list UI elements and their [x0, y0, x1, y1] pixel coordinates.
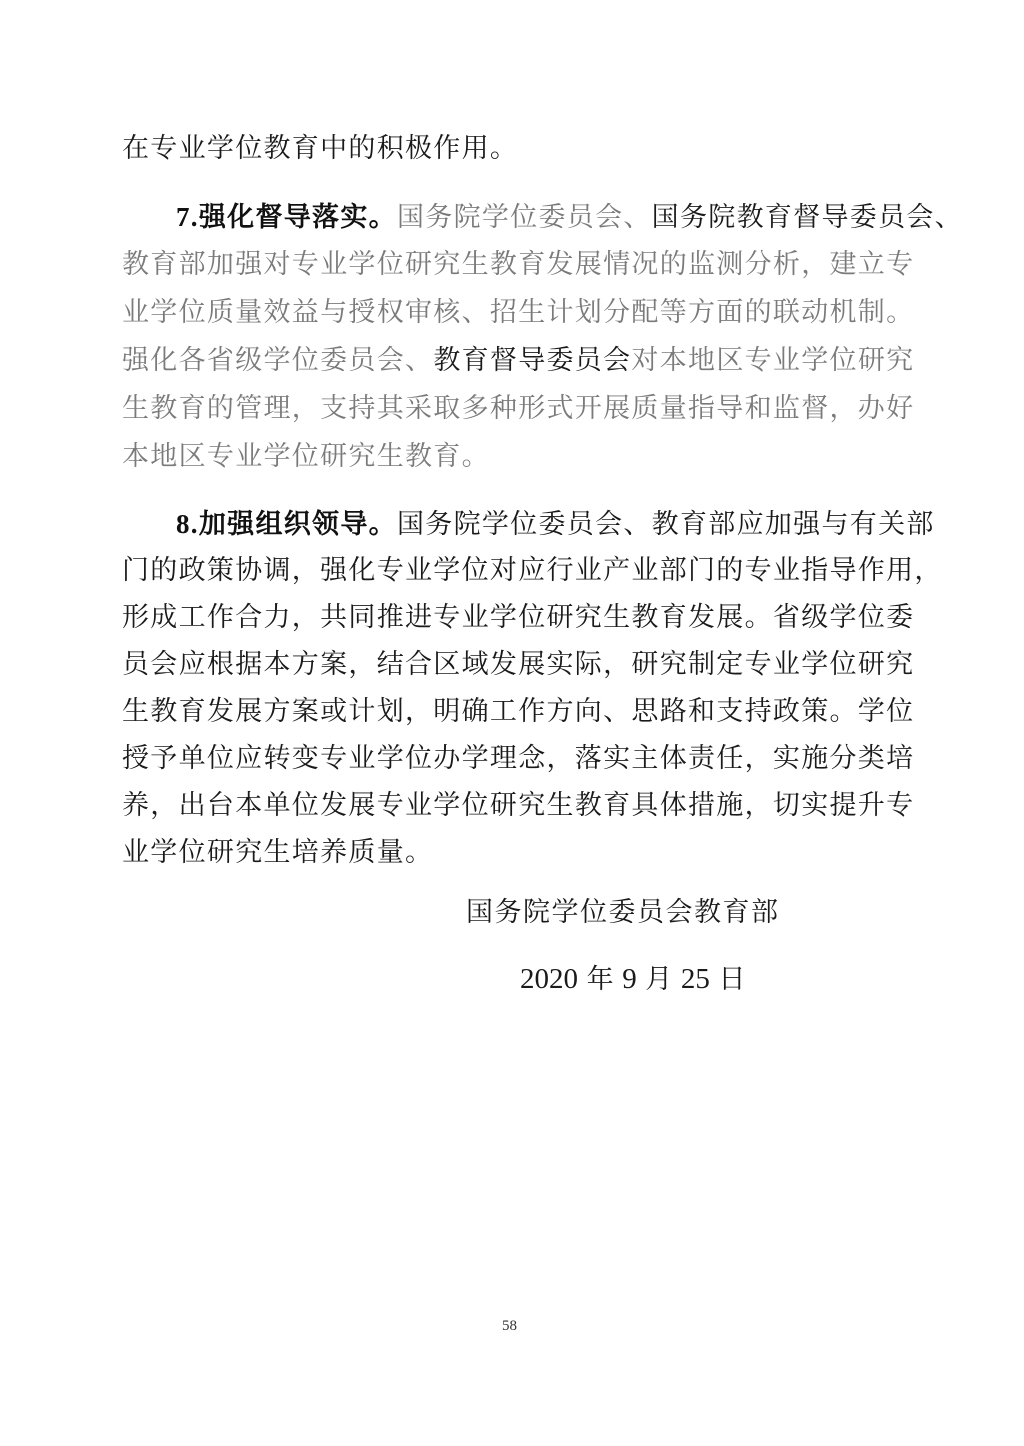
- section-7-number: 7.: [176, 202, 199, 232]
- section-7-line: 业学位质量效益与授权审核、招生计划分配等方面的联动机制。: [122, 289, 914, 337]
- section-8-heading: 加强组织领导。: [199, 509, 397, 540]
- section-8-line: 门的政策协调，强化专业学位对应行业产业部门的专业指导作用，: [122, 547, 943, 595]
- page-number: 58: [502, 1318, 517, 1335]
- section-8-number: 8.: [176, 509, 199, 539]
- section-8-first-line: 8.加强组织领导。国务院学位委员会、教育部应加强与有关部: [176, 500, 935, 549]
- section-8-line: 生教育发展方案或计划，明确工作方向、思路和支持政策。学位: [122, 688, 914, 736]
- section-7-text: 强化各省级学位委员会、: [122, 345, 433, 376]
- section-7-text: 国务院教育督导委员会、: [652, 202, 963, 233]
- section-8-text: 国务院学位委员会、教育部应加强与有关部: [397, 509, 935, 540]
- section-7-line: 生教育的管理，支持其采取多种形式开展质量指导和监督，办好: [122, 385, 914, 433]
- date-day: 25: [681, 963, 710, 995]
- section-7-first-line: 7.强化督导落实。国务院学位委员会、国务院教育督导委员会、: [176, 193, 963, 242]
- date-day-unit: 日: [718, 964, 745, 995]
- date: 2020 年 9 月 25 日: [520, 955, 745, 1004]
- date-month: 9: [622, 963, 637, 995]
- section-7-text: 教育督导委员会: [433, 345, 631, 376]
- section-7-line: 本地区专业学位研究生教育。: [122, 433, 490, 481]
- signature: 国务院学位委员会教育部: [466, 889, 780, 937]
- date-year-unit: 年: [587, 964, 614, 995]
- section-8-line: 养，出台本单位发展专业学位研究生教育具体措施，切实提升专: [122, 782, 914, 830]
- section-8-line: 业学位研究生培养质量。: [122, 829, 433, 877]
- section-7-line: 强化各省级学位委员会、教育督导委员会对本地区专业学位研究: [122, 337, 914, 385]
- section-8-line: 授予单位应转变专业学位办学理念，落实主体责任，实施分类培: [122, 735, 914, 783]
- document-page: 在专业学位教育中的积极作用。 7.强化督导落实。国务院学位委员会、国务院教育督导…: [0, 0, 1024, 1446]
- section-8-line: 形成工作合力，共同推进专业学位研究生教育发展。省级学位委: [122, 594, 914, 642]
- section-7-heading: 强化督导落实。: [199, 202, 397, 233]
- section-7-text: 对本地区专业学位研究: [631, 345, 914, 376]
- section-8-line: 员会应根据本方案，结合区域发展实际，研究制定专业学位研究: [122, 641, 914, 689]
- intro-tail-text: 在专业学位教育中的积极作用。: [122, 125, 518, 173]
- section-7-text: 国务院学位委员会、: [397, 202, 652, 233]
- date-month-unit: 月: [645, 964, 672, 995]
- date-year: 2020: [520, 963, 578, 995]
- section-7-line: 教育部加强对专业学位研究生教育发展情况的监测分析，建立专: [122, 241, 914, 289]
